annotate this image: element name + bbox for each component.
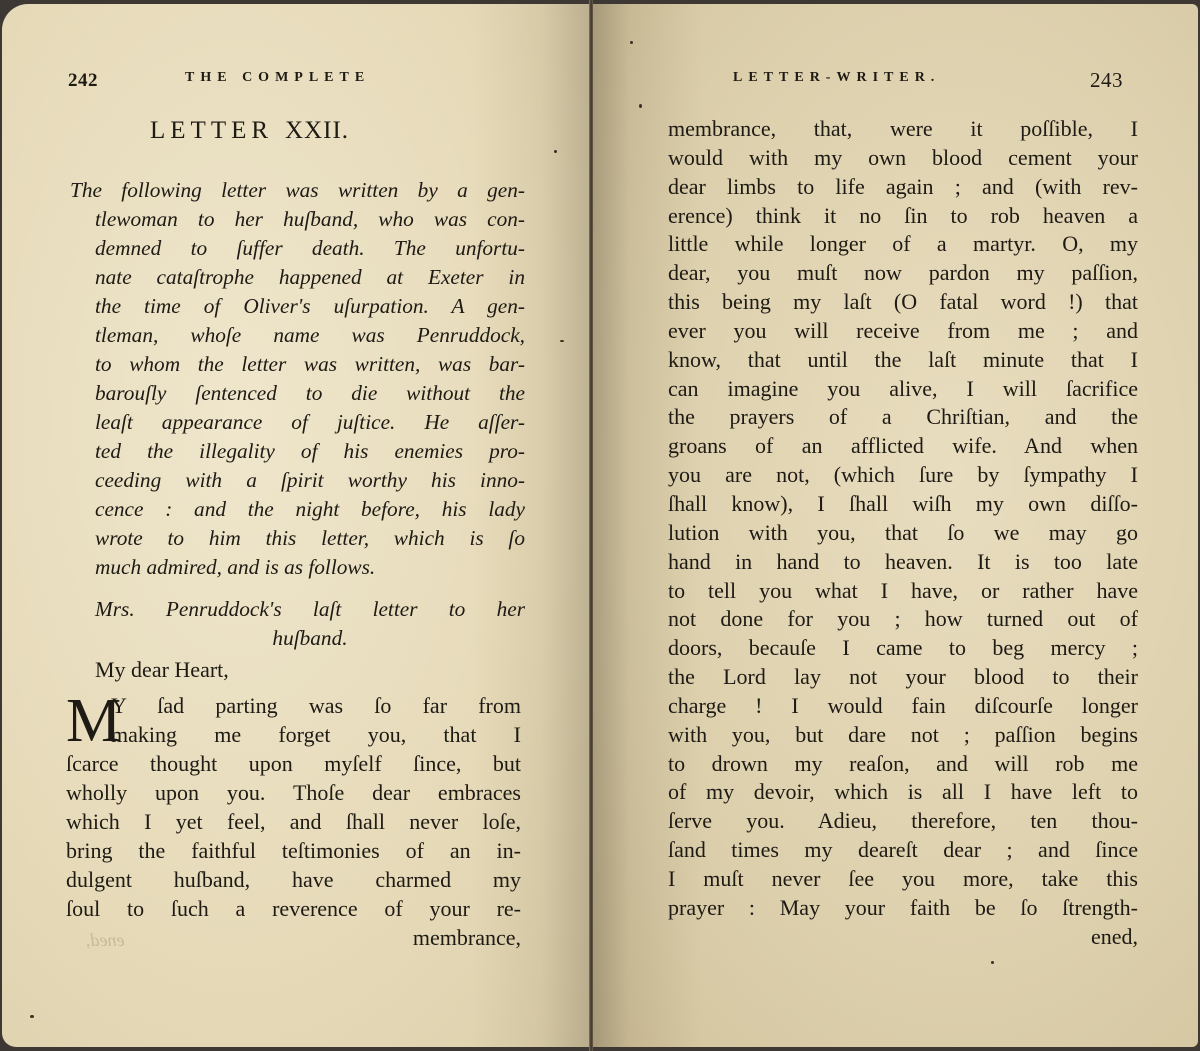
body-line: with you, but dare not ; paſſion begins (668, 721, 1138, 750)
body-line: to drown my reaſon, and will rob me (668, 750, 1138, 779)
intro-line: to whom the letter was written, was bar- (70, 350, 525, 379)
intro-line: ceeding with a ſpirit worthy his inno- (70, 466, 525, 495)
body-line: ſcarce thought upon myſelf ſince, but (66, 749, 521, 778)
body-line: Y ſad parting was ſo far from (66, 691, 521, 720)
body-line: bring the faithful teſtimonies of an in- (66, 836, 521, 865)
right-running-head: LETTER-WRITER. 243 (593, 66, 1198, 90)
letter-subtitle: Mrs. Penruddock's laſt letter to her huſ… (95, 595, 525, 653)
body-line: to tell you what I have, or rather have (668, 577, 1138, 606)
paper-speck (991, 961, 994, 964)
body-line: wholly upon you. Thoſe dear embraces (66, 778, 521, 807)
intro-line: ted the illegality of his enemies pro- (70, 437, 525, 466)
paper-speck (30, 1015, 34, 1018)
body-line: can imagine you alive, I will ſacrifice (668, 375, 1138, 404)
body-line: dear limbs to life again ; and (with rev… (668, 173, 1138, 202)
body-line: would with my own blood cement your (668, 144, 1138, 173)
letter-body-right: membrance, that, were it poſſible, I wou… (668, 115, 1138, 951)
catchword: ened, (668, 923, 1138, 952)
body-line: I muſt never ſee you more, take this (668, 865, 1138, 894)
book-spread: 242 THE COMPLETE LETTERXXII. The followi… (0, 0, 1200, 1051)
body-line: ſoul to ſuch a reverence of your re- (66, 894, 521, 923)
right-page: LETTER-WRITER. 243 membrance, that, were… (593, 4, 1198, 1047)
intro-line: The following letter was written by a ge… (70, 176, 525, 205)
page-number-right: 243 (1090, 68, 1123, 93)
body-line: dear, you muſt now pardon my paſſion, (668, 259, 1138, 288)
intro-line: tleman, whoſe name was Penruddock, (70, 321, 525, 350)
intro-line: barouſly ſentenced to die without the (70, 379, 525, 408)
intro-line: much admired, and is as follows. (70, 553, 525, 582)
body-line: little while longer of a martyr. O, my (668, 230, 1138, 259)
body-line: the prayers of a Chriſtian, and the (668, 403, 1138, 432)
body-line: lution with you, that ſo we may go (668, 519, 1138, 548)
intro-line: leaſt appearance of juſtice. He aſſer- (70, 408, 525, 437)
body-line: ſand times my deareſt dear ; and ſince (668, 836, 1138, 865)
running-head-title-right: LETTER-WRITER. (733, 70, 940, 86)
body-line: ſhall know), I ſhall wiſh my own diſſo- (668, 490, 1138, 519)
body-line: this being my laſt (O fatal word !) that (668, 288, 1138, 317)
drop-cap: M (66, 693, 121, 749)
show-through-text: ened, (86, 930, 124, 951)
subtitle-line: Mrs. Penruddock's laſt letter to her (95, 595, 525, 624)
body-line: which I yet feel, and ſhall never loſe, (66, 807, 521, 836)
body-line: not done for you ; how turned out of (668, 605, 1138, 634)
body-line: know, that until the laſt minute that I (668, 346, 1138, 375)
running-head-title-left: THE COMPLETE (185, 70, 370, 86)
body-line: ever you will receive from me ; and (668, 317, 1138, 346)
body-line: hand in hand to heaven. It is too late (668, 548, 1138, 577)
body-line: erence) think it no ſin to rob heaven a (668, 202, 1138, 231)
left-page: 242 THE COMPLETE LETTERXXII. The followi… (2, 4, 589, 1047)
intro-line: wrote to him this letter, which is ſo (70, 524, 525, 553)
paper-speck (560, 340, 564, 342)
paper-speck (630, 41, 633, 44)
intro-line: the time of Oliver's uſurpation. A gen- (70, 292, 525, 321)
salutation: My dear Heart, (95, 657, 229, 683)
letter-body-left: M Y ſad parting was ſo far from making m… (66, 691, 521, 952)
letter-heading: LETTERXXII. (150, 117, 349, 145)
letter-number: XXII. (285, 117, 349, 144)
intro-line: cence : and the night before, his lady (70, 495, 525, 524)
body-line: charge ! I would fain diſcourſe longer (668, 692, 1138, 721)
subtitle-line: huſband. (95, 624, 525, 653)
body-line: groans of an afflicted wife. And when (668, 432, 1138, 461)
page-number-left: 242 (68, 70, 98, 92)
body-line: membrance, that, were it poſſible, I (668, 115, 1138, 144)
catchword: membrance, (66, 923, 521, 952)
body-line: you are not, (which ſure by ſympathy I (668, 461, 1138, 490)
body-line: doors, becauſe I came to beg mercy ; (668, 634, 1138, 663)
paper-speck (639, 104, 642, 108)
body-line: prayer : May your faith be ſo ſtrength- (668, 894, 1138, 923)
letter-heading-word: LETTER (150, 117, 273, 144)
body-line: dulgent huſband, have charmed my (66, 865, 521, 894)
intro-line: demned to ſuffer death. The unfortu- (70, 234, 525, 263)
intro-line: tlewoman to her huſband, who was con- (70, 205, 525, 234)
left-running-head: 242 THE COMPLETE (2, 66, 589, 90)
paper-speck (554, 150, 557, 153)
intro-paragraph: The following letter was written by a ge… (70, 176, 525, 582)
intro-line: nate cataſtrophe happened at Exeter in (70, 263, 525, 292)
body-line: of my devoir, which is all I have left t… (668, 778, 1138, 807)
body-line: ſerve you. Adieu, therefore, ten thou- (668, 807, 1138, 836)
body-line: making me forget you, that I (66, 720, 521, 749)
body-line: the Lord lay not your blood to their (668, 663, 1138, 692)
